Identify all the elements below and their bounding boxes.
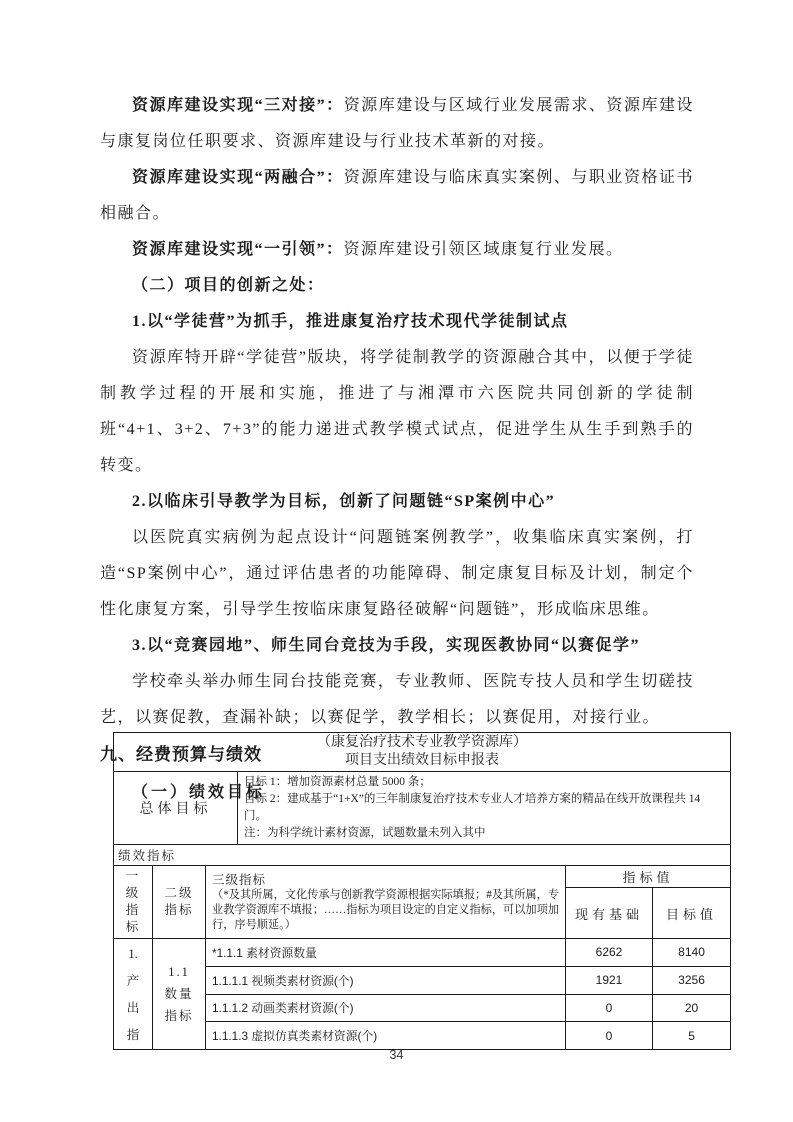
paragraph: 资源库建设实现“一引领”：资源库建设引领区域康复行业发展。: [100, 232, 694, 268]
indicator-cell: 1.1.1.2 动画类素材资源(个): [206, 994, 566, 1022]
target-value-cell: 8140: [653, 939, 731, 967]
paragraph-lead: 资源库建设实现“一引领”：: [132, 241, 344, 258]
paragraph: 资源库建设实现“三对接”：资源库建设与区域行业发展需求、资源库建设与康复岗位任职…: [100, 88, 694, 160]
overall-goal-row: 总体目标 目标 1：增加资源素材总量 5000 条； 目标 2：建成基于“1+X…: [114, 772, 731, 845]
paragraph-text: 学校牵头举办师生同台技能竞赛，专业教师、医院专技人员和学生切磋技艺，以赛促教，查…: [100, 673, 694, 726]
overall-goal-label: 总体目标: [114, 772, 238, 845]
table-row: 1.1.1.1 视频类素材资源(个) 1921 3256: [114, 966, 731, 994]
paragraph-lead: 2.以临床引导教学为目标，创新了问题链“SP案例中心”: [132, 493, 555, 510]
paragraph-lead: 资源库建设实现“三对接”：: [132, 97, 344, 114]
table-title-line2: 项目支出绩效目标申报表: [114, 752, 730, 770]
header-row-1: 一 级 指 标 二级 指标 三级指标 （*及其所属，文化传承与创新教学资源根据实…: [114, 866, 731, 888]
header-level1: 一 级 指 标: [114, 866, 153, 939]
paragraph: 2.以临床引导教学为目标，创新了问题链“SP案例中心”: [100, 484, 694, 520]
paragraph-text: 以医院真实病例为起点设计“问题链案例教学”，收集临床真实案例，打造“SP案例中心…: [100, 529, 694, 618]
paragraph: 1.以“学徒营”为抓手，推进康复治疗技术现代学徒制试点: [100, 304, 694, 340]
paragraph: 资源库建设实现“两融合”：资源库建设与临床真实案例、与职业资格证书相融合。: [100, 160, 694, 232]
indicator-cell: 1.1.1.1 视频类素材资源(个): [206, 966, 566, 994]
base-value-cell: 0: [566, 994, 653, 1022]
table-title-row: （康复治疗技术专业教学资源库） 项目支出绩效目标申报表: [114, 733, 731, 772]
table-title-cell: （康复治疗技术专业教学资源库） 项目支出绩效目标申报表: [114, 733, 731, 772]
paragraph-lead: （二）项目的创新之处：: [132, 277, 325, 294]
header-level3-note: （*及其所属，文化传承与创新教学资源根据实际填报；#及其所属，专业教学资源库不填…: [212, 888, 559, 933]
table-title-line1: （康复治疗技术专业教学资源库）: [114, 734, 730, 752]
section-label-cell: 绩效指标: [114, 845, 731, 866]
goal-line-1: 目标 1：增加资源素材总量 5000 条；: [244, 774, 724, 791]
paragraph-lead: 3.以“竞赛园地”、师生同台竞技为手段，实现医教协同“以赛促学”: [132, 637, 640, 654]
overall-goal-text: 目标 1：增加资源素材总量 5000 条； 目标 2：建成基于“1+X”的三年制…: [238, 772, 731, 845]
table-row: 1. 产 出 指 1.1 数量 指标 *1.1.1 素材资源数量 6262 81…: [114, 939, 731, 967]
paragraph: 资源库特开辟“学徒营”版块，将学徒制教学的资源融合其中，以便于学徒制教学过程的开…: [100, 340, 694, 484]
target-value-cell: 20: [653, 994, 731, 1022]
header-level3: 三级指标 （*及其所属，文化传承与创新教学资源根据实际填报；#及其所属，专业教学…: [206, 866, 566, 939]
base-value-cell: 1921: [566, 966, 653, 994]
indicator-cell: 1.1.1.3 虚拟仿真类素材资源(个): [206, 1022, 566, 1050]
indicator-cell: *1.1.1 素材资源数量: [206, 939, 566, 967]
document-page: 资源库建设实现“三对接”：资源库建设与区域行业发展需求、资源库建设与康复岗位任职…: [0, 0, 793, 1122]
paragraph-lead: 资源库建设实现“两融合”：: [132, 169, 344, 186]
document-body: 资源库建设实现“三对接”：资源库建设与区域行业发展需求、资源库建设与康复岗位任职…: [100, 88, 694, 812]
table-row: 1.1.1.3 虚拟仿真类素材资源(个) 0 5: [114, 1022, 731, 1050]
paragraph-lead: 1.以“学徒营”为抓手，推进康复治疗技术现代学徒制试点: [132, 313, 569, 330]
header-target: 目标值: [653, 888, 731, 939]
target-value-cell: 5: [653, 1022, 731, 1050]
base-value-cell: 6262: [566, 939, 653, 967]
level2-cell: 1.1 数量 指标: [153, 939, 206, 1050]
target-value-cell: 3256: [653, 966, 731, 994]
header-base: 现有基础: [566, 888, 653, 939]
paragraph: 学校牵头举办师生同台技能竞赛，专业教师、医院专技人员和学生切磋技艺，以赛促教，查…: [100, 664, 694, 736]
paragraph: 3.以“竞赛园地”、师生同台竞技为手段，实现医教协同“以赛促学”: [100, 628, 694, 664]
paragraph-text: 资源库建设引领区域康复行业发展。: [344, 241, 624, 258]
level1-cell: 1. 产 出 指: [114, 939, 153, 1050]
header-level2: 二级 指标: [153, 866, 206, 939]
page-number: 34: [0, 1048, 793, 1062]
header-value: 指标值: [566, 866, 731, 888]
paragraph: 以医院真实病例为起点设计“问题链案例教学”，收集临床真实案例，打造“SP案例中心…: [100, 520, 694, 628]
base-value-cell: 0: [566, 1022, 653, 1050]
goal-note: 注：为科学统计素材资源，试题数量未列入其中: [244, 825, 724, 842]
section-label-row: 绩效指标: [114, 845, 731, 866]
table-row: 1.1.1.2 动画类素材资源(个) 0 20: [114, 994, 731, 1022]
goal-line-2: 目标 2：建成基于“1+X”的三年制康复治疗技术专业人才培养方案的精品在线开放课…: [244, 791, 724, 825]
paragraph-text: 资源库特开辟“学徒营”版块，将学徒制教学的资源融合其中，以便于学徒制教学过程的开…: [100, 349, 694, 474]
header-level3-title: 三级指标: [212, 872, 559, 888]
paragraph: （二）项目的创新之处：: [100, 268, 694, 304]
performance-target-table: （康复治疗技术专业教学资源库） 项目支出绩效目标申报表 总体目标 目标 1：增加…: [113, 732, 731, 1050]
